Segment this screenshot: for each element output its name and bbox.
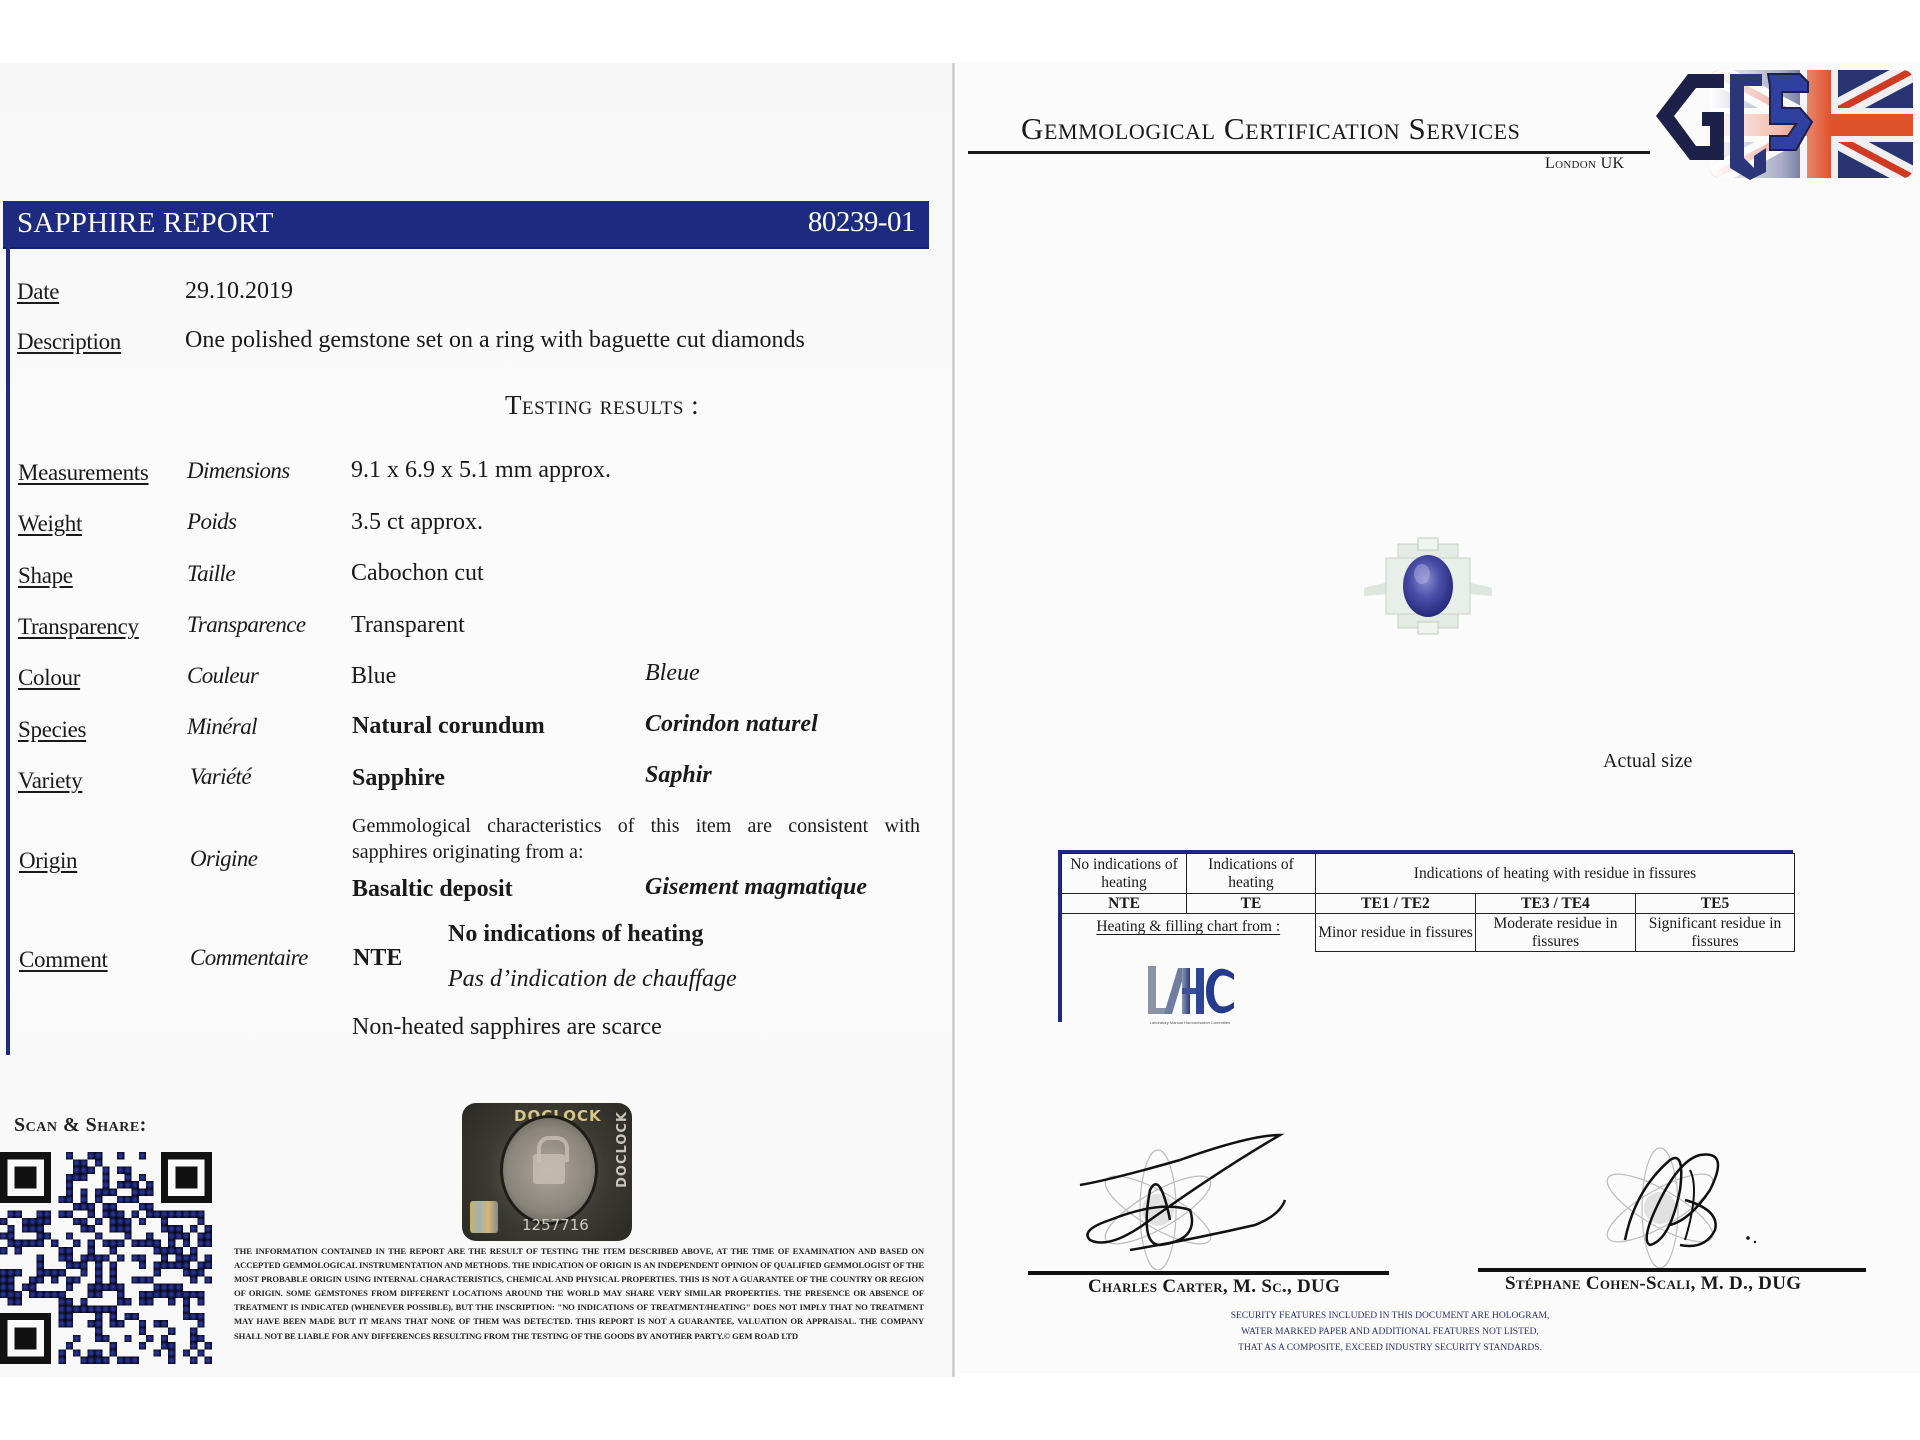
origin-note: Gemmological characteristics of this ite… <box>352 813 920 865</box>
code-te: TE <box>1187 894 1316 914</box>
report-title: SAPPHIRE REPORT <box>17 207 274 240</box>
residue-significant: Significant residue in fissures <box>1636 914 1795 952</box>
signature-line <box>1028 1271 1389 1275</box>
header-residue: Indications of heating with residue in f… <box>1316 854 1795 894</box>
hologram-patch <box>470 1201 498 1233</box>
origin-label-fr: Origine <box>190 846 257 872</box>
row-label: Transparency <box>18 614 139 640</box>
row-value-fr: Corindon naturel <box>645 711 818 738</box>
lock-icon <box>533 1154 565 1184</box>
row-label: Weight <box>18 511 82 537</box>
row-value: Natural corundum <box>352 713 545 740</box>
scan-share-label: Scan & Share: <box>14 1114 147 1137</box>
row-value-fr: Bleue <box>645 660 700 687</box>
signature-stephane-cohen-scali <box>1590 1130 1790 1270</box>
testing-results-heading: Testing results : <box>505 390 699 421</box>
date-label: Date <box>17 279 59 305</box>
row-label: Colour <box>18 665 80 691</box>
header-nte: No indications of heating <box>1062 854 1187 894</box>
row-label: Variety <box>18 768 82 794</box>
residue-minor: Minor residue in fissures <box>1316 914 1476 952</box>
origin-value: Basaltic deposit <box>352 876 513 903</box>
comment-value-fr: Pas d’indication de chauffage <box>448 966 737 993</box>
comment-label: Comment <box>19 947 108 973</box>
origin-label: Origin <box>19 848 77 874</box>
company-city: London UK <box>1545 155 1624 173</box>
heating-chart-source: Heating & filling chart from : <box>1096 914 1280 936</box>
signature-line <box>1478 1268 1866 1272</box>
row-label-fr: Couleur <box>187 663 258 689</box>
comment-code: NTE <box>353 945 402 972</box>
row-label-fr: Poids <box>187 509 236 535</box>
residue-moderate: Moderate residue in fissures <box>1476 914 1636 952</box>
doclock-hologram: DOCLOCK DOCLOCK 1257716 <box>462 1103 632 1241</box>
header-rule <box>968 151 1650 154</box>
code-te3-te4: TE3 / TE4 <box>1476 894 1636 914</box>
row-label: Measurements <box>18 460 149 486</box>
company-name: Gemmological Certification Services <box>1021 111 1521 147</box>
origin-value-fr: Gisement magmatique <box>645 874 867 901</box>
gcs-union-flag-logo <box>1650 68 1915 180</box>
description-label: Description <box>17 329 121 355</box>
row-label-fr: Transparence <box>187 612 305 638</box>
comment-note: Non-heated sapphires are scarce <box>352 1014 662 1041</box>
row-value: Sapphire <box>352 765 445 792</box>
row-label-fr: Minéral <box>187 714 257 740</box>
security-note-line: water marked paper and additional featur… <box>1160 1324 1620 1340</box>
description-value: One polished gemstone set on a ring with… <box>185 327 805 354</box>
row-value-fr: Saphir <box>645 762 712 789</box>
code-te5: TE5 <box>1636 894 1795 914</box>
row-label-fr: Dimensions <box>187 458 290 484</box>
signatory-name: Charles Carter, M. Sc., DUG <box>1088 1276 1340 1298</box>
sapphire-ring-photo <box>1362 530 1494 640</box>
date-value: 29.10.2019 <box>185 278 293 305</box>
signature-charles-carter <box>1070 1130 1320 1270</box>
row-label: Shape <box>18 563 73 589</box>
row-value: Transparent <box>351 612 465 639</box>
security-note-line: Security features included in this docum… <box>1160 1308 1620 1324</box>
report-left-border <box>6 247 10 1055</box>
heating-chart-table: No indications of heating Indications of… <box>1061 853 1795 952</box>
row-value: Blue <box>351 663 396 690</box>
code-nte: NTE <box>1062 894 1187 914</box>
doclock-serial: 1257716 <box>522 1216 589 1234</box>
row-label-fr: Taille <box>187 561 235 587</box>
report-header-band: SAPPHIRE REPORT 80239-01 <box>3 201 929 249</box>
report-number: 80239-01 <box>808 206 915 239</box>
security-note-line: that as a composite, exceed industry sec… <box>1160 1340 1620 1356</box>
row-label-fr: Variété <box>190 764 251 790</box>
lmhc-logo: Laboratory Manual Harmonisation Committe… <box>1142 962 1238 1026</box>
legal-disclaimer: The information contained in the report … <box>234 1244 924 1343</box>
page-fold-divider <box>952 63 955 1377</box>
row-value: 9.1 x 6.9 x 5.1 mm approx. <box>351 457 611 484</box>
signatory-name: Stéphane Cohen-Scali, M. D., DUG <box>1505 1273 1801 1295</box>
security-features-note: Security features included in this docum… <box>1160 1308 1620 1356</box>
row-value: 3.5 ct approx. <box>351 509 483 536</box>
comment-label-fr: Commentaire <box>190 945 308 971</box>
qr-code[interactable] <box>0 1152 212 1364</box>
row-value: Cabochon cut <box>351 560 484 587</box>
doclock-side-text: DOCLOCK <box>615 1111 630 1188</box>
svg-text:Laboratory Manual Harmonisatio: Laboratory Manual Harmonisation Committe… <box>1150 1020 1231 1025</box>
secure-document-seal <box>500 1115 598 1225</box>
code-te1-te2: TE1 / TE2 <box>1316 894 1476 914</box>
actual-size-label: Actual size <box>1603 750 1692 773</box>
comment-value: No indications of heating <box>448 921 703 948</box>
header-te: Indications of heating <box>1187 854 1316 894</box>
row-label: Species <box>18 717 86 743</box>
